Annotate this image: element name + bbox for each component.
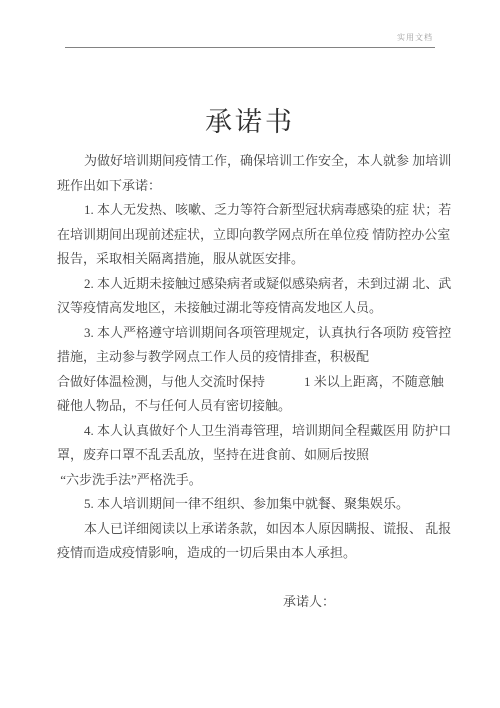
closing-paragraph: 本人已详细阅读以上承诺条款，如因本人原因瞒报、谎报、 乱报 疫情而造成疫情影响，… bbox=[57, 517, 449, 566]
watermark-text: 实用文档 bbox=[397, 32, 433, 43]
header-rule bbox=[65, 47, 435, 48]
commitment-item-4: 4. 本人认真做好个人卫生消毒管理，培训期间全程戴医用 防护口 罩，废弃口罩不乱… bbox=[57, 419, 449, 493]
document-title: 承诺书 bbox=[0, 100, 500, 139]
document-page: 实用文档 承诺书 为做好培训期间疫情工作，确保培训工作安全，本人就参 加培训 班… bbox=[0, 0, 500, 708]
commitment-item-2: 2. 本人近期未接触过感染病者或疑似感染病者，未到过湖 北、武 汉等疫情高发地区… bbox=[57, 272, 449, 321]
commitment-item-3: 3. 本人严格遵守培训期间各项管理规定，认真执行各项防 疫管控 措施，主动参与教… bbox=[57, 321, 449, 419]
commitment-item-1: 1. 本人无发热、咳嗽、乏力等符合新型冠状病毒感染的症 状；若 在培训期间出现前… bbox=[57, 198, 449, 272]
intro-paragraph: 为做好培训期间疫情工作，确保培训工作安全，本人就参 加培训 班作出如下承诺： bbox=[57, 149, 449, 198]
commitment-item-5: 5. 本人培训期间一律不组织、参加集中就餐、聚集娱乐。 bbox=[57, 492, 449, 517]
document-body: 为做好培训期间疫情工作，确保培训工作安全，本人就参 加培训 班作出如下承诺： 1… bbox=[57, 149, 449, 615]
signature-line: 承诺人： bbox=[57, 590, 449, 615]
